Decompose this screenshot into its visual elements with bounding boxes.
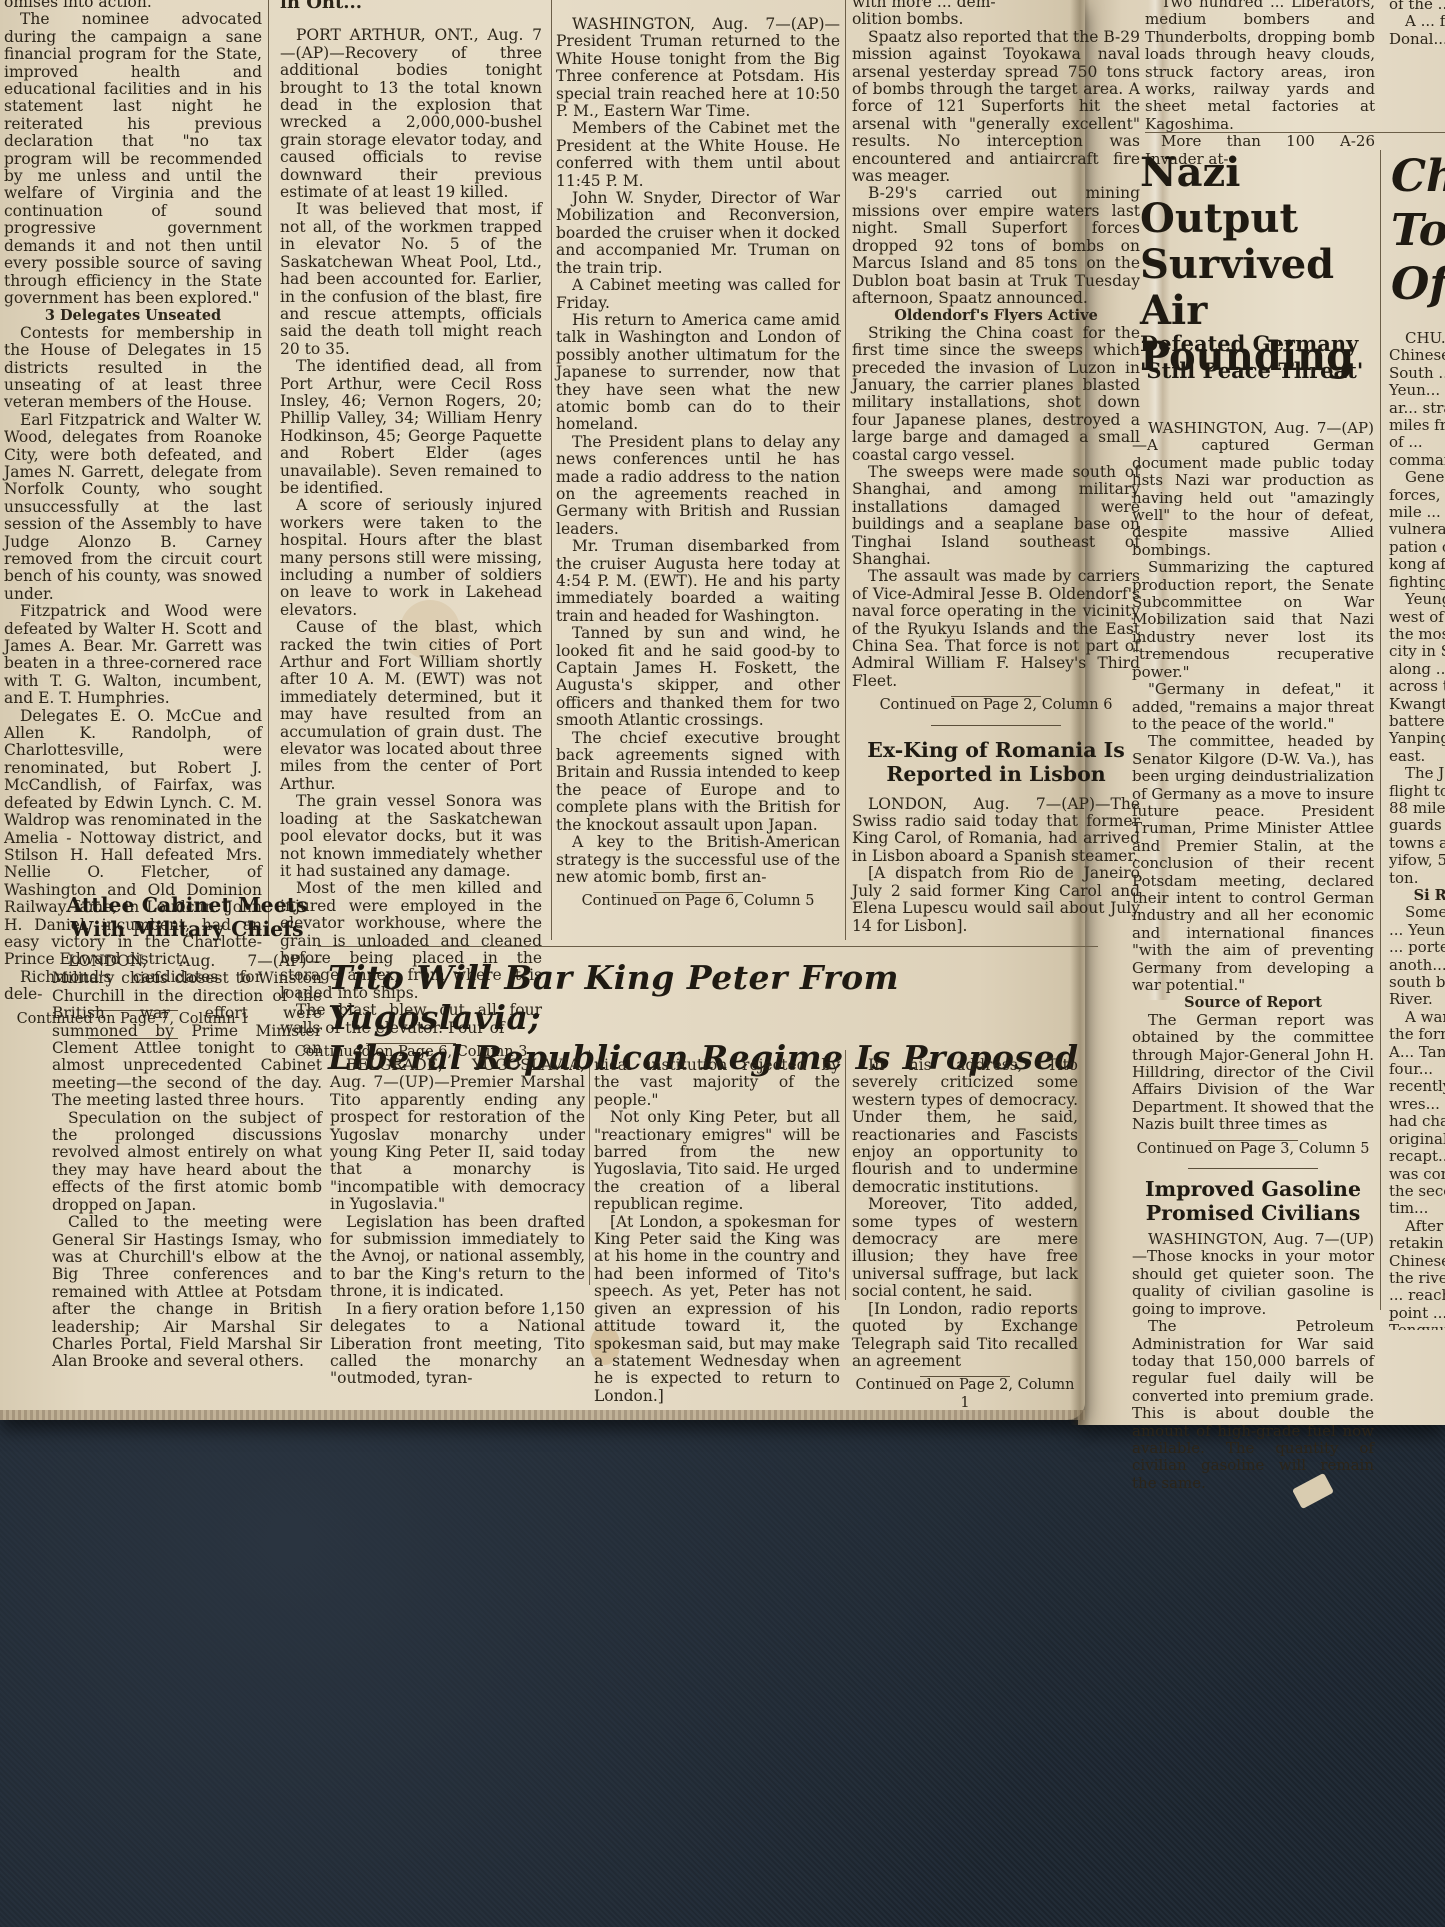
column-rule: [845, 1050, 846, 1300]
col2-paragraph: A score of seriously injured workers wer…: [280, 497, 542, 619]
col4-subhead: Oldendorf's Flyers Active: [852, 307, 1140, 324]
col6-paragraph: of the ... the K... ling y...: [1389, 0, 1445, 13]
truman-article: WASHINGTON, Aug. 7—(AP)—President Truman…: [556, 16, 840, 911]
column-rule: [589, 1050, 590, 1285]
col6-headline-line: Of: [1391, 258, 1445, 312]
col6-headline-line: To: [1391, 204, 1445, 258]
col6-paragraph: A war bul... the former A... Tanchuk, fo…: [1389, 1009, 1445, 1218]
col6-top: of the ... the K... ling y... A ... four…: [1389, 0, 1445, 48]
gasoline-headline: Improved Gasoline Promised Civilians: [1132, 1177, 1374, 1225]
tito-col-c: In his address, Tito severely criticized…: [852, 1057, 1078, 1412]
col6-paragraph: Yeungk... west of C... the most ... city…: [1389, 591, 1445, 765]
col4-paragraph: Striking the China coast for the first t…: [852, 325, 1140, 464]
col6-clip: of the ... the K... ling y... A ... four…: [1385, 0, 1445, 1330]
col1-paragraph: The nominee advocated during the campaig…: [4, 11, 262, 307]
col4-paragraph: olition bombs.: [852, 11, 1140, 28]
nazi-paragraph: The German report was obtained by the co…: [1132, 1012, 1374, 1134]
romania-paragraph: [A dispatch from Rio de Janeiro July 2 s…: [852, 865, 1140, 935]
continued-line: Continued on Page 3, Column 5: [1132, 1141, 1374, 1158]
spaatz-article: with more ... dem- olition bombs. Spaatz…: [852, 0, 1140, 935]
gasoline-paragraph: WASHINGTON, Aug. 7—(UP)—Those knocks in …: [1132, 1231, 1374, 1318]
col2-paragraph: PORT ARTHUR, ONT., Aug. 7—(AP)—Recovery …: [280, 27, 542, 201]
tito-paragraph: [At London, a spokesman for King Peter s…: [594, 1214, 840, 1405]
nazi-subhead: Source of Report: [1132, 994, 1374, 1011]
col6-paragraph: Some 135 ... Yeungkong, ... ported anoth…: [1389, 904, 1445, 1008]
port-arthur-article: in Ont... PORT ARTHUR, ONT., Aug. 7—(AP)…: [280, 0, 542, 1061]
continued-line: Continued on Page 6, Column 5: [556, 893, 840, 910]
col4-paragraph: The sweeps were made south of Shanghai, …: [852, 464, 1140, 568]
tito-col-b: nical institution rejected by the vast m…: [594, 1057, 840, 1405]
col6-article: CHU... Chinese ... South ... of Yeun... …: [1389, 330, 1445, 1330]
tito-paragraph: In his address, Tito severely criticized…: [852, 1057, 1078, 1196]
col4-paragraph: The assault was made by carriers of Vice…: [852, 568, 1140, 690]
col5-paragraph: Two hundred ... Liberators, medium bombe…: [1145, 0, 1375, 133]
col6-paragraph: Gener... forces, ... 50-mile ... vulnera…: [1389, 469, 1445, 591]
col3-paragraph: Members of the Cabinet met the President…: [556, 120, 840, 190]
col3-paragraph: WASHINGTON, Aug. 7—(AP)—President Truman…: [556, 16, 840, 120]
col2-paragraph: The grain vessel Sonora was loading at t…: [280, 793, 542, 880]
tito-paragraph: [In London, radio reports quoted by Exch…: [852, 1301, 1078, 1371]
tito-paragraph: nical institution rejected by the vast m…: [594, 1057, 840, 1109]
romania-headline: Ex-King of Romania Is Reported in Lisbon: [852, 738, 1140, 786]
tito-paragraph: Not only King Peter, but all "reactionar…: [594, 1109, 840, 1213]
nazi-paragraph: The committee, headed by Senator Kilgore…: [1132, 733, 1374, 994]
tito-headline-line1: Tito Will Bar King Peter From Yugoslavia…: [328, 958, 1108, 1038]
tito-paragraph: BELGRADE, YUGOSLAVIA, Aug. 7—(UP)—Premie…: [330, 1057, 585, 1214]
col1-paragraph: Earl Fitzpatrick and Walter W. Wood, del…: [4, 412, 262, 603]
col3-paragraph: A key to the British-American strategy i…: [556, 834, 840, 886]
col2-paragraph: It was believed that most, if not all, o…: [280, 201, 542, 358]
tito-paragraph: Moreover, Tito added, some types of west…: [852, 1196, 1078, 1300]
tito-paragraph: Legislation has been drafted for submiss…: [330, 1214, 585, 1301]
nazi-paragraph: "Germany in defeat," it added, "remains …: [1132, 681, 1374, 733]
col3-paragraph: Tanned by sun and wind, he looked fit an…: [556, 625, 840, 729]
col6-paragraph: A ... four ... Island ... battle ... Don…: [1389, 13, 1445, 48]
gasoline-paragraph: The Petroleum Administration for War sai…: [1132, 1318, 1374, 1492]
nazi-paragraph: Summarizing the captured production repo…: [1132, 559, 1374, 681]
nazi-paragraph: WASHINGTON, Aug. 7—(AP)—A captured Germa…: [1132, 420, 1374, 559]
col3-paragraph: A Cabinet meeting was called for Friday.: [556, 277, 840, 312]
col6-paragraph: The Japa... flight towa... 88 miles so..…: [1389, 765, 1445, 887]
divider: [931, 725, 1061, 726]
col3-paragraph: His return to America came amid talk in …: [556, 312, 840, 434]
col3-paragraph: John W. Snyder, Director of War Mobiliza…: [556, 190, 840, 277]
col3-paragraph: The President plans to delay any news co…: [556, 434, 840, 538]
col2-paragraph: The identified dead, all from Port Arthu…: [280, 358, 542, 497]
col4-paragraph: Spaatz also reported that the B-29 missi…: [852, 29, 1140, 186]
continued-line: Continued on Page 2, Column 1: [852, 1377, 1078, 1412]
col6-headline-line: Ch: [1391, 150, 1445, 204]
attlee-paragraph: Called to the meeting were General Sir H…: [52, 1214, 322, 1371]
col2-paragraph: Cause of the blast, which racked the twi…: [280, 619, 542, 793]
col2-headline-fragment: in Ont...: [280, 0, 542, 11]
column-rule: [845, 0, 846, 940]
col1-subhead: 3 Delegates Unseated: [4, 307, 262, 324]
divider: [1188, 1168, 1318, 1169]
col1-paragraph: Contests for membership in the House of …: [4, 325, 262, 412]
col6-subhead: Si Riv...: [1389, 887, 1445, 904]
col5-top-article: Two hundred ... Liberators, medium bombe…: [1145, 0, 1375, 168]
col1-article: omises into action. The nominee advocate…: [4, 0, 262, 1039]
nazi-article: WASHINGTON, Aug. 7—(AP)—A captured Germa…: [1132, 420, 1374, 1492]
col3-paragraph: The chcief executive brought back agreem…: [556, 730, 840, 834]
col6-paragraph: After retakin... the Chinese str... the …: [1389, 1218, 1445, 1330]
column-rule: [1380, 150, 1381, 1310]
column-rule: [551, 0, 552, 940]
col3-paragraph: Mr. Truman disembarked from the cruiser …: [556, 538, 840, 625]
column-rule: [268, 0, 269, 935]
tito-paragraph: In a fiery oration before 1,150 delegate…: [330, 1301, 585, 1388]
col6-paragraph: CHU... Chinese ... South ... of Yeun... …: [1389, 330, 1445, 469]
continued-line: Continued on Page 2, Column 6: [852, 697, 1140, 714]
col4-paragraph: B-29's carried out mining missions over …: [852, 185, 1140, 307]
romania-paragraph: LONDON, Aug. 7—(AP)—The Swiss radio said…: [852, 796, 1140, 866]
col6-headline: Ch To Of: [1391, 150, 1445, 312]
tito-col-a: BELGRADE, YUGOSLAVIA, Aug. 7—(UP)—Premie…: [330, 1057, 585, 1388]
nazi-deck: Defeated Germany 'Still Peace Threat': [1140, 330, 1375, 384]
col1-paragraph: Fitzpatrick and Wood were defeated by Wa…: [4, 603, 262, 707]
attlee-paragraph: Speculation on the subject of the prolon…: [52, 1110, 322, 1214]
